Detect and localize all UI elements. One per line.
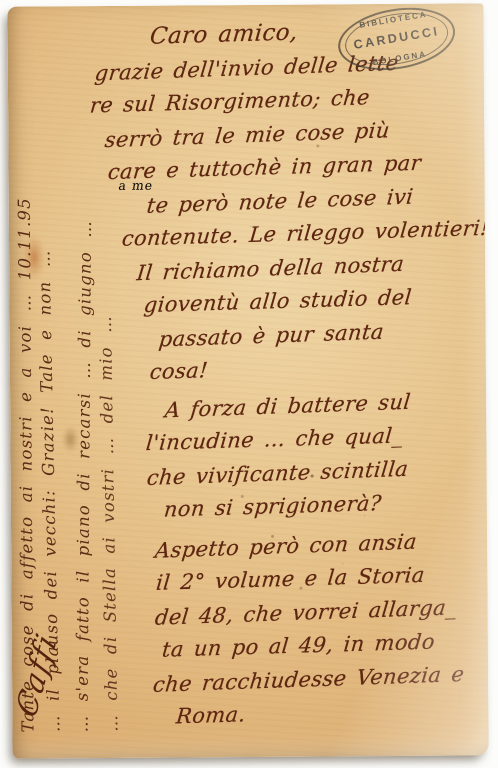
- letter-body: Caro amico, grazie dell'invio delle lett…: [93, 11, 488, 735]
- postcard-photo: BIBLIOTECA CARDUCCI BOLOGNA Tante cose d…: [0, 0, 498, 768]
- postcard: BIBLIOTECA CARDUCCI BOLOGNA Tante cose d…: [7, 3, 488, 758]
